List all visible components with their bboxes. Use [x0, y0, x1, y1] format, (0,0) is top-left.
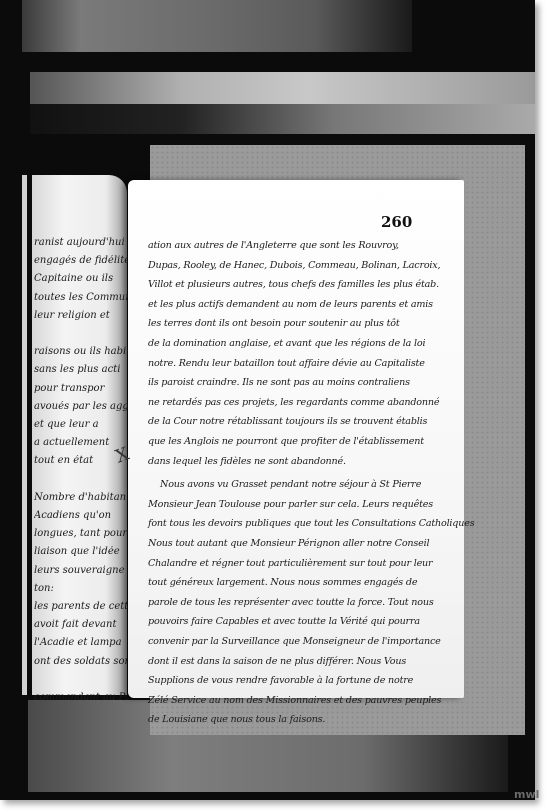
handwritten-line: et les plus actifs demandent au nom de l… — [148, 299, 433, 310]
handwritten-line: Zélé Service au nom des Missionnaires et… — [148, 695, 441, 706]
handwritten-line-left-page: pour transpor — [34, 383, 129, 394]
background-board-strip-1 — [30, 72, 535, 104]
handwritten-line: ne retardés pas ces projets, les regarda… — [148, 397, 439, 408]
handwritten-line: Chalandre et régner tout particulièremen… — [148, 558, 432, 569]
handwritten-line-left-page: engagés de fidélité — [34, 255, 129, 266]
handwritten-line: de la Cour notre rétablissant toujours i… — [148, 416, 427, 427]
scan-frame: ranist aujourd'huiengagés de fidélitéCap… — [0, 0, 535, 800]
handwritten-line: tout généreux largement. Nous nous somme… — [148, 577, 417, 588]
left-manuscript-page: ranist aujourd'huiengagés de fidélitéCap… — [22, 175, 127, 695]
handwritten-line-left-page: toutes les Commun — [34, 292, 129, 303]
handwritten-line-left-page: sans les plus acti — [34, 364, 129, 375]
handwritten-line-left-page: raisons ou ils habit — [34, 346, 129, 357]
handwritten-line: dans lequel les fidèles ne sont abandonn… — [148, 456, 346, 467]
handwritten-line: les terres dont ils ont besoin pour sout… — [148, 318, 399, 329]
handwritten-line-left-page: ont des soldats sont — [34, 656, 129, 667]
handwritten-line: parole de tous les représenter avec tout… — [148, 597, 434, 608]
handwritten-line: Monsieur Jean Toulouse pour parler sur c… — [148, 499, 433, 510]
background-board-top — [22, 0, 412, 52]
handwritten-line-left-page: et que leur a — [34, 419, 129, 430]
handwritten-line: font tous les devoirs publiques que tout… — [148, 518, 474, 529]
handwritten-line: ation aux autres de l'Angleterre que son… — [148, 240, 399, 251]
binding-edge — [27, 175, 32, 695]
handwritten-line-left-page: commandant au Port — [34, 692, 129, 703]
handwritten-line: convenir par la Surveillance que Monseig… — [148, 636, 441, 647]
handwritten-line-left-page: avoués par les agg — [34, 401, 129, 412]
handwritten-line: pouvoirs faire Capables et avec toutte l… — [148, 616, 420, 627]
handwritten-line: Nous tout autant que Monsieur Pérignon a… — [148, 538, 429, 549]
handwritten-line: Nous avons vu Grasset pendant notre séjo… — [160, 479, 421, 490]
handwritten-line-left-page: leurs souveraigne — [34, 565, 129, 576]
handwritten-line: ils paroist craindre. Ils ne sont pas au… — [148, 377, 410, 388]
handwritten-line-left-page: leur religion et — [34, 310, 129, 321]
handwritten-line-left-page: avoit fait devant — [34, 619, 129, 630]
handwritten-line-left-page: l'Acadie et lampa — [34, 637, 129, 648]
handwritten-line-left-page: liaison que l'idée — [34, 546, 129, 557]
handwritten-line: Dupas, Rooley, de Hanec, Dubois, Commeau… — [148, 260, 440, 271]
handwritten-line: Villot et plusieurs autres, tous chefs d… — [148, 279, 439, 290]
handwritten-line-left-page: Nombre d'habitan — [34, 492, 129, 503]
background-board-strip-2 — [30, 104, 535, 134]
handwritten-line-left-page: Capitaine ou ils — [34, 273, 129, 284]
handwritten-line-left-page: tout en état — [34, 455, 129, 466]
page-number: 260 — [381, 213, 412, 231]
handwritten-line: que les Anglois ne pourront que profiter… — [148, 436, 424, 447]
handwritten-line-left-page: longues, tant pour — [34, 528, 129, 539]
handwritten-line: notre. Rendu leur bataillon tout affaire… — [148, 358, 425, 369]
handwritten-line-left-page: ton: — [34, 583, 129, 594]
main-manuscript-page: 260 X ation aux autres de l'Angleterre q… — [128, 180, 464, 698]
handwritten-line-left-page: ranist aujourd'hui — [34, 237, 129, 248]
handwritten-line: dont il est dans la saison de ne plus di… — [148, 656, 406, 667]
handwritten-line: Supplions de vous rendre favorable à la … — [148, 675, 413, 686]
handwritten-line: de la domination anglaise, et avant que … — [148, 338, 425, 349]
handwritten-line: de Louisiane que nous tous la faisons. — [148, 714, 325, 725]
handwritten-line-left-page: les parents de cette — [34, 601, 129, 612]
watermark-logo: mwl — [514, 788, 539, 801]
handwritten-line-left-page: Acadiens qu'on — [34, 510, 129, 521]
